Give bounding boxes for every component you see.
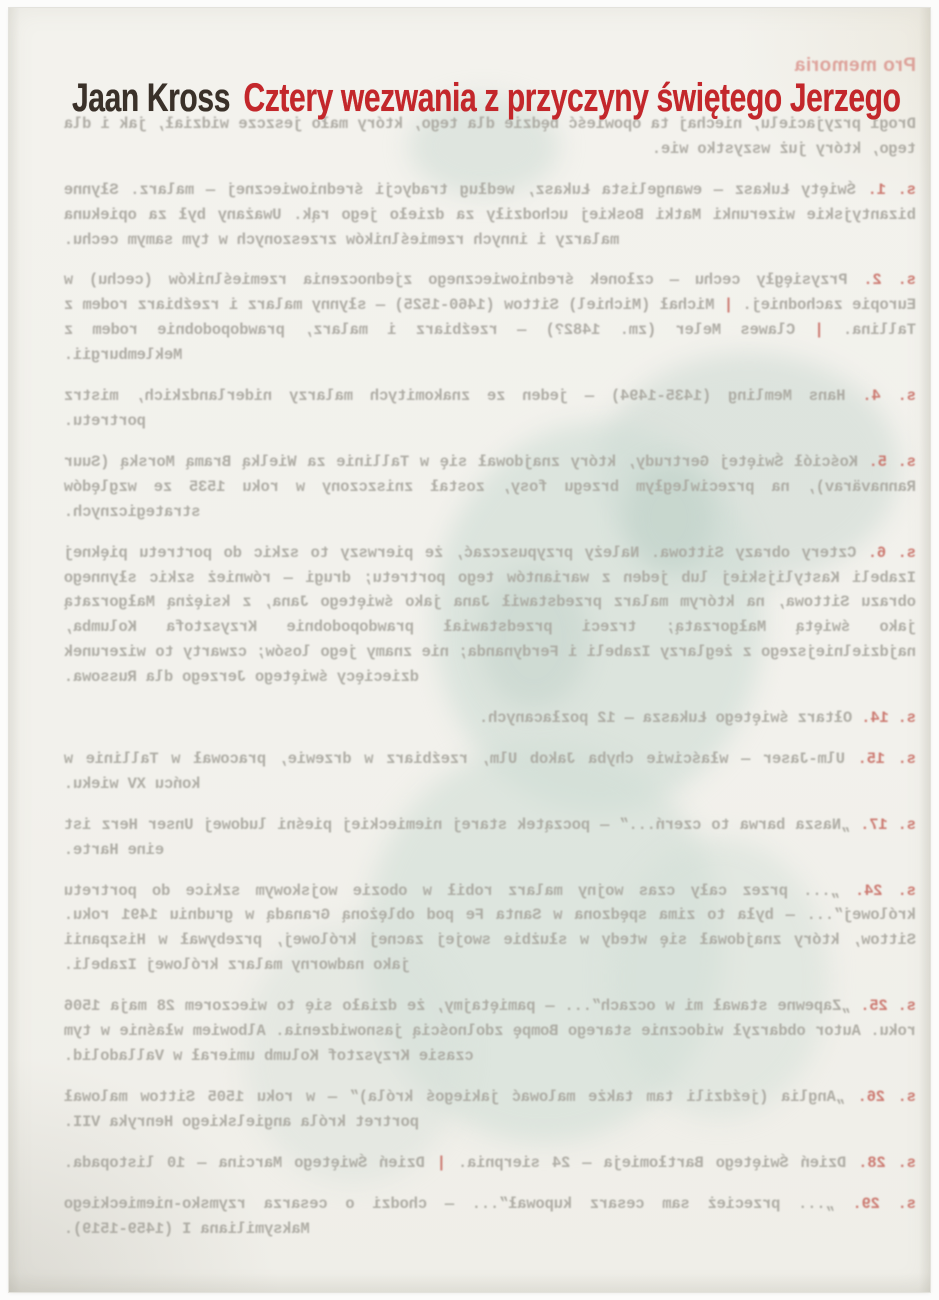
note-number: s. 29. xyxy=(835,1195,916,1213)
note-number: s. 24. xyxy=(840,882,916,900)
note-item: s. 1. Święty Łukasz — ewangelista Łukasz… xyxy=(64,178,916,253)
note-number: s. 17. xyxy=(850,816,916,834)
note-item: s. 17. „Nasza barwa to czerń...” — począ… xyxy=(64,813,916,863)
note-separator: | xyxy=(425,1154,446,1172)
note-number: s. 5. xyxy=(858,453,916,471)
note-number: s. 26. xyxy=(845,1088,916,1106)
note-item: s. 29. „... przecież sam cesarz kupował”… xyxy=(64,1192,916,1242)
note-number: s. 14. xyxy=(852,709,916,727)
scan-canvas: Pro memoria Drogi przyjacielu, niechaj t… xyxy=(0,0,939,1300)
note-item: s. 2. Przysięgły cechu — członek średnio… xyxy=(64,268,916,368)
note-number: s. 6. xyxy=(856,544,916,562)
note-item: s. 6. Cztery obrazy Sittowa. Należy przy… xyxy=(64,541,916,690)
note-item: s. 4. Hans Memling (1435-1494) — jeden z… xyxy=(64,384,916,434)
note-separator: | xyxy=(795,321,824,339)
note-item: s. 15. Ulm-Jaser — właściwie chyba Jakob… xyxy=(64,747,916,797)
notes-list: s. 1. Święty Łukasz — ewangelista Łukasz… xyxy=(64,178,916,1242)
note-number: s. 4. xyxy=(845,387,916,405)
note-number: s. 25. xyxy=(850,997,916,1015)
note-item: s. 25. „Zapewne stawał mi w oczach”... —… xyxy=(64,994,916,1069)
note-item: s. 24. „... przez cały czas wojny malarz… xyxy=(64,879,916,979)
note-item: s. 14. Ołtarz świętego Łukasza — 12 pozł… xyxy=(64,706,916,731)
note-number: s. 2. xyxy=(848,271,916,289)
scanned-page: Pro memoria Drogi przyjacielu, niechaj t… xyxy=(9,8,930,1292)
showthrough-text-layer: Pro memoria Drogi przyjacielu, niechaj t… xyxy=(64,54,916,1241)
note-number: s. 15. xyxy=(845,750,916,768)
note-item: s. 26. „Anglia (jeździli tam także malow… xyxy=(64,1085,916,1135)
note-number: s. 28. xyxy=(846,1154,916,1172)
note-item: s. 5. Kościół Świętej Gertrudy, który zn… xyxy=(64,450,916,525)
author-name: Jaan Kross xyxy=(72,76,230,120)
book-title: Cztery wezwania z przyczyny świętego Jer… xyxy=(244,76,901,120)
note-separator: | xyxy=(714,296,733,314)
note-item: s. 28. Dzień Świętego Bartłomieja — 24 s… xyxy=(64,1151,916,1176)
page-title: Jaan KrossCztery wezwania z przyczyny św… xyxy=(72,76,901,121)
note-number: s. 1. xyxy=(856,181,916,199)
